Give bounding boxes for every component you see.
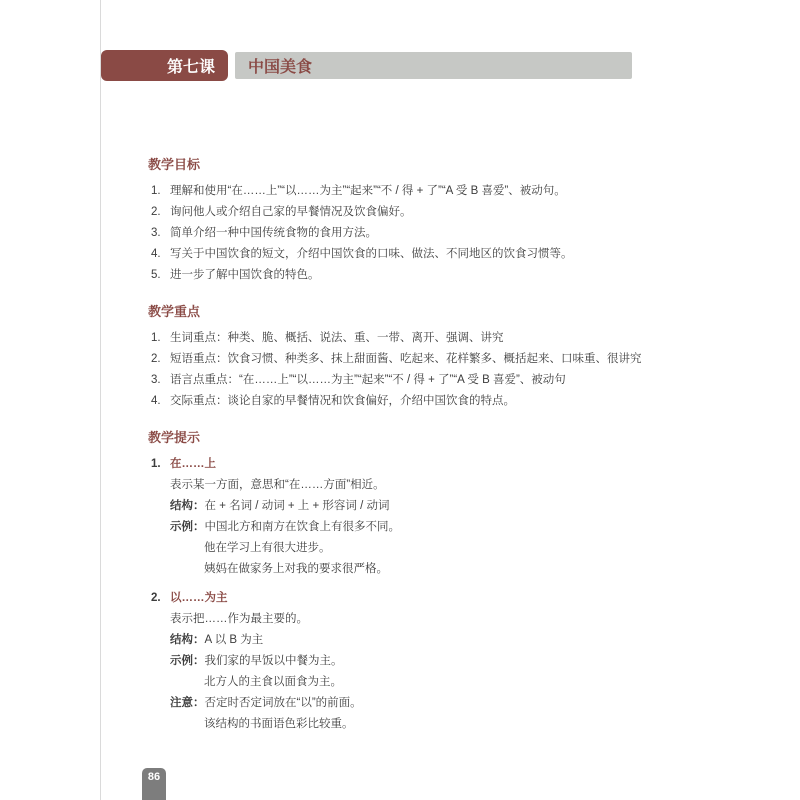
tip-line: 示例：我们家的早饭以中餐为主。 (170, 651, 658, 672)
tip-line-text: 否定时否定词放在“以”的前面。 (205, 697, 362, 709)
tip-line-label: 示例： (170, 655, 205, 667)
item-number: 4. (151, 244, 170, 265)
item-text: 交际重点：谈论自家的早餐情况和饮食偏好，介绍中国饮食的特点。 (170, 391, 658, 412)
key-point-item: 1. 生词重点：种类、脆、概括、说法、重、一带、离开、强调、讲究 (148, 328, 658, 349)
objective-item: 3. 简单介绍一种中国传统食物的食用方法。 (148, 223, 658, 244)
tip-line: 结构：A 以 B 为主 (170, 630, 658, 651)
item-number: 1. (151, 328, 170, 349)
item-number: 5. (151, 265, 170, 286)
item-number: 4. (151, 391, 170, 412)
tip-line-label: 结构： (170, 634, 205, 646)
tip-line-text: 他在学习上有很大进步。 (204, 542, 331, 554)
item-text: 短语重点：饮食习惯、种类多、抹上甜面酱、吃起来、花样繁多、概括起来、口味重、很讲… (170, 349, 658, 370)
tip-number: 2. (151, 588, 170, 609)
section-heading: 教学提示 (148, 428, 658, 448)
item-text: 理解和使用“在……上”“以……为主”“起来”“不 / 得 + 了”“A 受 B … (170, 181, 658, 202)
section-heading: 教学目标 (148, 155, 658, 175)
tip-line: 他在学习上有很大进步。 (204, 538, 658, 559)
objective-item: 1. 理解和使用“在……上”“以……为主”“起来”“不 / 得 + 了”“A 受… (148, 181, 658, 202)
tip-line-text: 中国北方和南方在饮食上有很多不同。 (205, 521, 401, 533)
lesson-number-label: 第七课 (167, 54, 215, 77)
tip-line-text: 北方人的主食以面食为主。 (204, 676, 342, 688)
tip-line: 注意：否定时否定词放在“以”的前面。 (170, 693, 658, 714)
tip-block: 2. 以……为主 表示把……作为最主要的。 结构：A 以 B 为主 示例：我们家… (148, 588, 658, 735)
tip-line: 结构：在 + 名词 / 动词 + 上 + 形容词 / 动词 (170, 496, 658, 517)
section-heading: 教学重点 (148, 302, 658, 322)
item-text: 进一步了解中国饮食的特色。 (170, 265, 658, 286)
tip-line-text: 表示某一方面，意思和“在……方面”相近。 (170, 479, 385, 491)
item-number: 1. (151, 181, 170, 202)
tip-line-text: 该结构的书面语色彩比较重。 (204, 718, 354, 730)
tip-line: 该结构的书面语色彩比较重。 (204, 714, 658, 735)
item-number: 3. (151, 223, 170, 244)
tip-phrase: 在……上 (170, 454, 216, 475)
tip-line-text: 我们家的早饭以中餐为主。 (205, 655, 343, 667)
tip-line: 表示把……作为最主要的。 (170, 609, 658, 630)
tip-line: 示例：中国北方和南方在饮食上有很多不同。 (170, 517, 658, 538)
tip-title: 1. 在……上 (148, 454, 658, 475)
page-left-border (100, 0, 101, 800)
tip-line-label: 示例： (170, 521, 205, 533)
tip-line-text: 表示把……作为最主要的。 (170, 613, 308, 625)
tip-phrase: 以……为主 (170, 588, 228, 609)
lesson-title-bar: 中国美食 (235, 52, 632, 79)
tip-line: 北方人的主食以面食为主。 (204, 672, 658, 693)
item-number: 2. (151, 349, 170, 370)
tip-line-text: 在 + 名词 / 动词 + 上 + 形容词 / 动词 (205, 500, 390, 512)
tip-line-label: 注意： (170, 697, 205, 709)
lesson-number-badge: 第七课 (101, 50, 228, 81)
item-text: 生词重点：种类、脆、概括、说法、重、一带、离开、强调、讲究 (170, 328, 658, 349)
objective-item: 2. 询问他人或介绍自己家的早餐情况及饮食偏好。 (148, 202, 658, 223)
key-point-item: 3. 语言点重点：“在……上”“以……为主”“起来”“不 / 得 + 了”“A … (148, 370, 658, 391)
tip-line-text: A 以 B 为主 (205, 634, 264, 646)
item-text: 语言点重点：“在……上”“以……为主”“起来”“不 / 得 + 了”“A 受 B… (170, 370, 658, 391)
lesson-title: 中国美食 (248, 54, 312, 77)
objective-item: 4. 写关于中国饮食的短文，介绍中国饮食的口味、做法、不同地区的饮食习惯等。 (148, 244, 658, 265)
section-objectives: 教学目标 1. 理解和使用“在……上”“以……为主”“起来”“不 / 得 + 了… (148, 155, 658, 286)
tip-line: 表示某一方面，意思和“在……方面”相近。 (170, 475, 658, 496)
tip-block: 1. 在……上 表示某一方面，意思和“在……方面”相近。 结构：在 + 名词 /… (148, 454, 658, 580)
tip-line-label: 结构： (170, 500, 205, 512)
item-number: 2. (151, 202, 170, 223)
page-content: 教学目标 1. 理解和使用“在……上”“以……为主”“起来”“不 / 得 + 了… (148, 155, 658, 735)
key-point-item: 2. 短语重点：饮食习惯、种类多、抹上甜面酱、吃起来、花样繁多、概括起来、口味重… (148, 349, 658, 370)
tip-line: 姨妈在做家务上对我的要求很严格。 (204, 559, 658, 580)
section-teaching-tips: 教学提示 1. 在……上 表示某一方面，意思和“在……方面”相近。 结构：在 +… (148, 428, 658, 735)
item-text: 写关于中国饮食的短文，介绍中国饮食的口味、做法、不同地区的饮食习惯等。 (170, 244, 658, 265)
tip-line-text: 姨妈在做家务上对我的要求很严格。 (204, 563, 388, 575)
item-text: 询问他人或介绍自己家的早餐情况及饮食偏好。 (170, 202, 658, 223)
page-number: 86 (148, 771, 160, 783)
page-number-tab: 86 (142, 768, 166, 800)
tip-title: 2. 以……为主 (148, 588, 658, 609)
item-text: 简单介绍一种中国传统食物的食用方法。 (170, 223, 658, 244)
tip-number: 1. (151, 454, 170, 475)
objective-item: 5. 进一步了解中国饮食的特色。 (148, 265, 658, 286)
item-number: 3. (151, 370, 170, 391)
section-key-points: 教学重点 1. 生词重点：种类、脆、概括、说法、重、一带、离开、强调、讲究 2.… (148, 302, 658, 412)
key-point-item: 4. 交际重点：谈论自家的早餐情况和饮食偏好，介绍中国饮食的特点。 (148, 391, 658, 412)
